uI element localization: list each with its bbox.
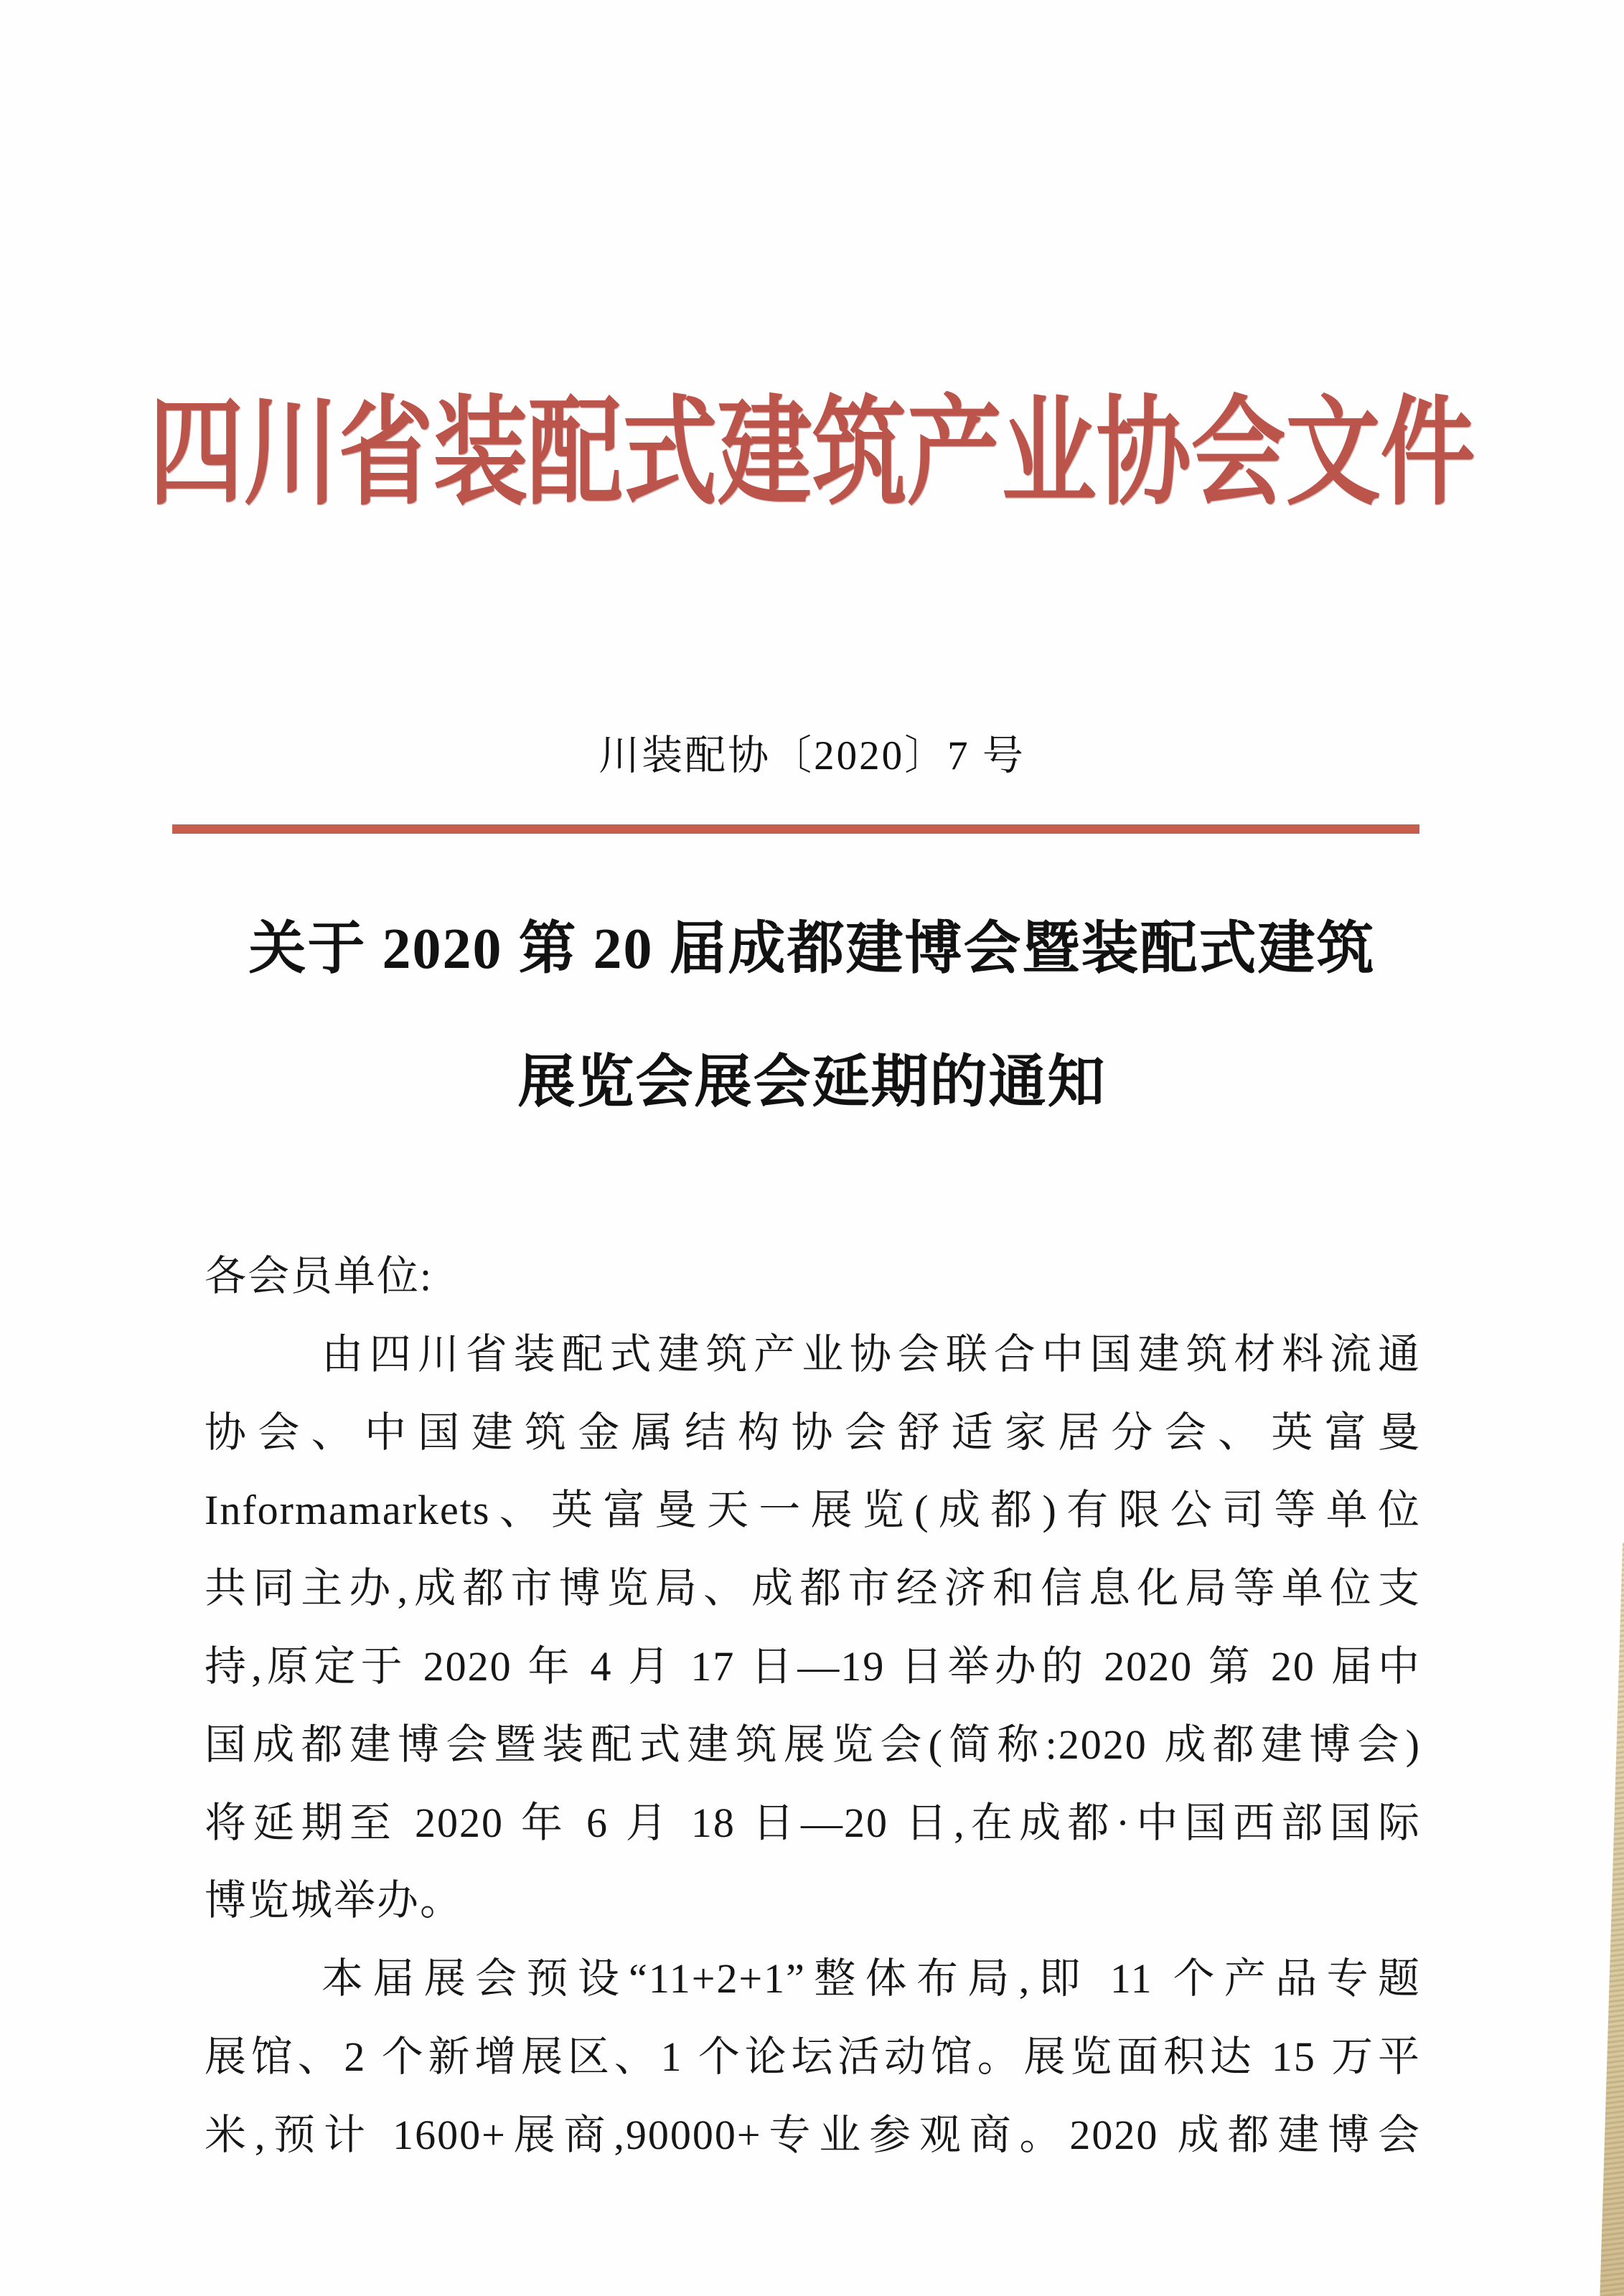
paragraph1-line5: 持,原定于 2020 年 4 月 17 日—19 日举办的 2020 第 20 …	[205, 1628, 1421, 1706]
paragraph2-line1: 本届展会预设“11+2+1”整体布局,即 11 个产品专题	[205, 1940, 1421, 2018]
notice-title-line1: 关于 2020 第 20 届成都建博会暨装配式建筑	[0, 883, 1624, 1016]
notice-title: 关于 2020 第 20 届成都建博会暨装配式建筑 展览会展会延期的通知	[0, 883, 1624, 1149]
notice-title-line2: 展览会展会延期的通知	[0, 1016, 1624, 1149]
document-body: 各会员单位: 由四川省装配式建筑产业协会联合中国建筑材料流通 协会、中国建筑金属…	[205, 1238, 1421, 2175]
salutation: 各会员单位:	[205, 1238, 1421, 1316]
paragraph1-line7: 将延期至 2020 年 6 月 18 日—20 日,在成都·中国西部国际	[205, 1784, 1421, 1863]
paragraph2-line3: 米,预计 1600+展商,90000+专业参观商。2020 成都建博会	[205, 2097, 1421, 2175]
paragraph1-line4: 共同主办,成都市博览局、成都市经济和信息化局等单位支	[205, 1550, 1421, 1628]
document-number: 川装配协〔2020〕7 号	[0, 728, 1624, 785]
paragraph1-line8: 博览城举办。	[205, 1862, 1421, 1940]
scan-edge-artifact	[1590, 1543, 1624, 2296]
scanned-official-document: 四川省装配式建筑产业协会文件 川装配协〔2020〕7 号 关于 2020 第 2…	[0, 0, 1624, 2296]
paragraph1-line1: 由四川省装配式建筑产业协会联合中国建筑材料流通	[205, 1316, 1421, 1394]
paragraph1-line3: Informamarkets、英富曼天一展览(成都)有限公司等单位	[205, 1472, 1421, 1550]
org-banner-title: 四川省装配式建筑产业协会文件	[0, 383, 1624, 525]
red-separator-rule	[172, 824, 1419, 834]
paragraph2-line2: 展馆、2 个新增展区、1 个论坛活动馆。展览面积达 15 万平	[205, 2018, 1421, 2097]
paragraph1-line6: 国成都建博会暨装配式建筑展览会(简称:2020 成都建博会)	[205, 1706, 1421, 1784]
paragraph1-line2: 协会、中国建筑金属结构协会舒适家居分会、英富曼	[205, 1394, 1421, 1472]
